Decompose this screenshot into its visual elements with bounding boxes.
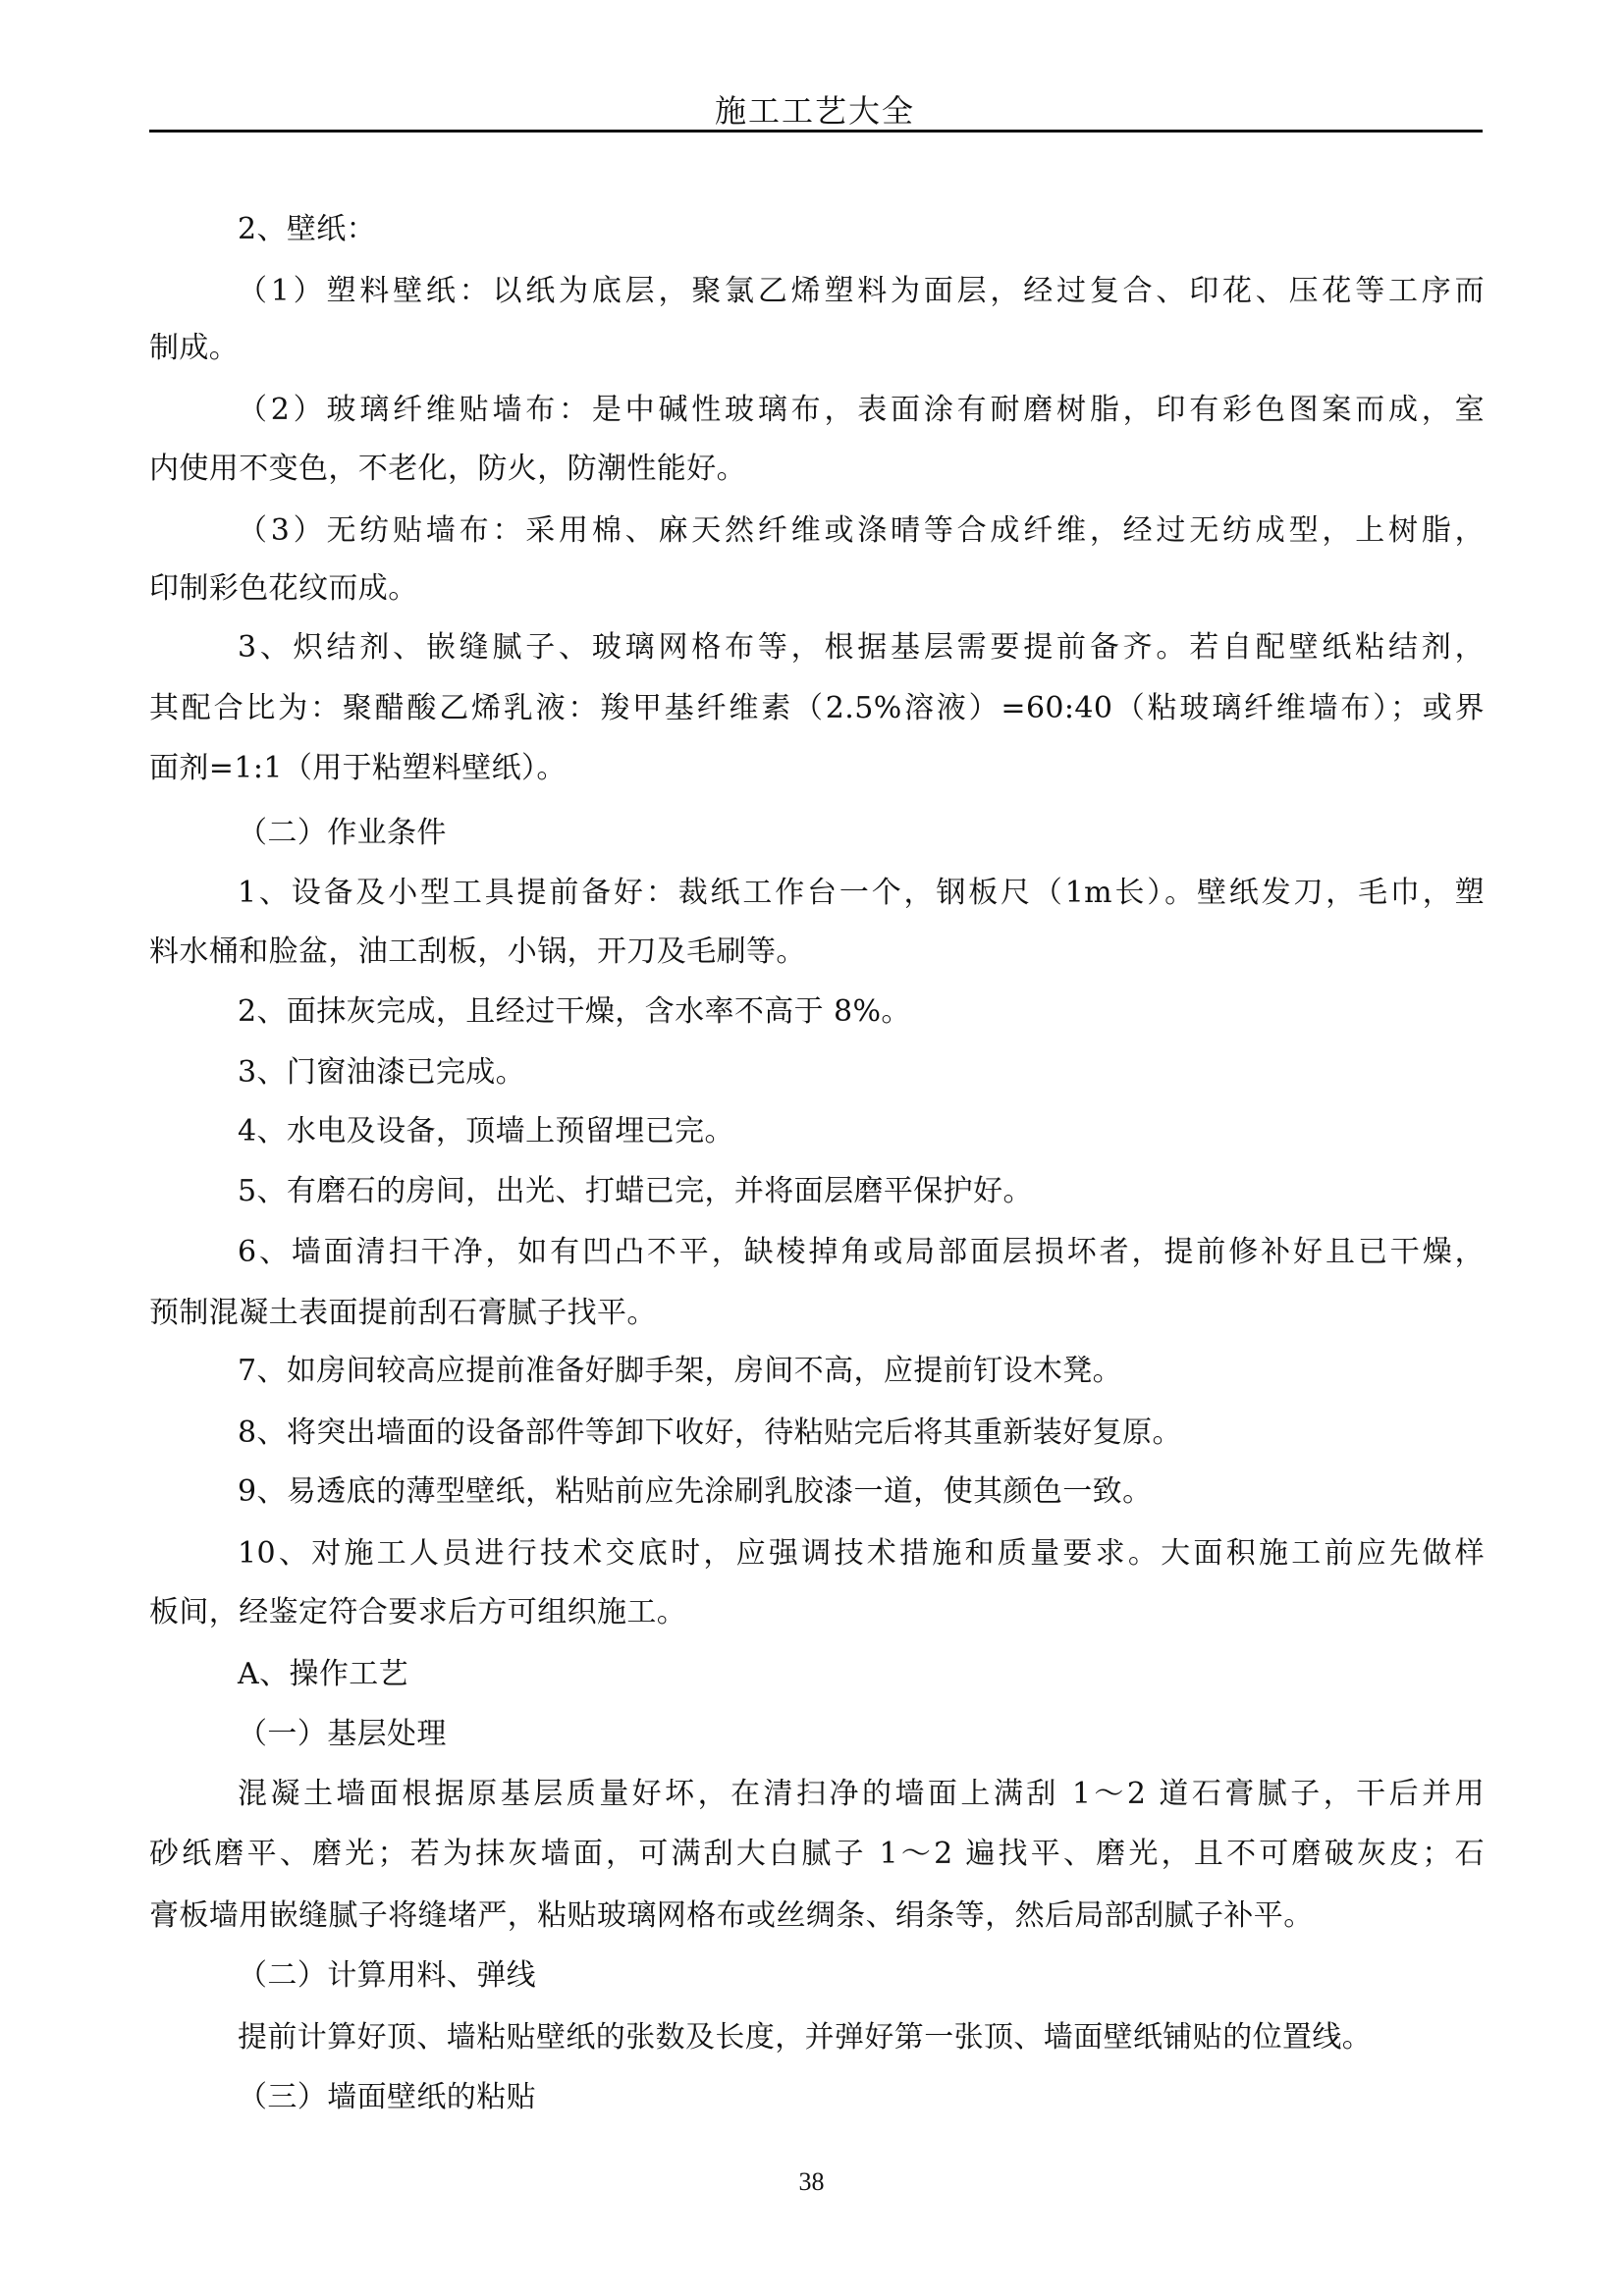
text-line: 8、将突出墙面的设备部件等卸下收好，待粘贴完后将其重新装好复原。	[149, 1414, 1485, 1453]
text-line: （2）玻璃纤维贴墙布：是中碱性玻璃布，表面涂有耐磨树脂，印有彩色图案而成，室	[149, 391, 1485, 430]
text-line: 内使用不变色，不老化，防火，防潮性能好。	[149, 450, 1485, 489]
text-line: 制成。	[149, 329, 1485, 368]
text-line: 其配合比为：聚醋酸乙烯乳液：羧甲基纤维素（2.5%溶液）=60:40（粘玻璃纤维…	[149, 689, 1485, 728]
text-line: （二）作业条件	[149, 814, 1485, 853]
text-line: 面剂=1:1（用于粘塑料壁纸）。	[149, 749, 1485, 788]
text-line: A、操作工艺	[149, 1655, 1485, 1694]
text-line: 10、对施工人员进行技术交底时，应强调技术措施和质量要求。大面积施工前应先做样	[149, 1534, 1485, 1574]
text-line: 1、设备及小型工具提前备好：裁纸工作台一个，钢板尺（1m长）。壁纸发刀，毛巾，塑	[149, 874, 1485, 913]
text-line: 7、如房间较高应提前准备好脚手架，房间不高，应提前钉设木凳。	[149, 1352, 1485, 1391]
text-line: （1）塑料壁纸：以纸为底层，聚氯乙烯塑料为面层，经过复合、印花、压花等工序而	[149, 272, 1485, 311]
text-line: （一）基层处理	[149, 1715, 1485, 1754]
text-line: （三）墙面壁纸的粘贴	[149, 2078, 1485, 2117]
header-divider	[149, 130, 1483, 133]
text-line: 6、墙面清扫干净，如有凹凸不平，缺棱掉角或局部面层损坏者，提前修补好且已干燥，	[149, 1233, 1485, 1272]
text-line: （3）无纺贴墙布：采用棉、麻天然纤维或涤晴等合成纤维，经过无纺成型，上树脂，	[149, 511, 1485, 551]
text-line: 板间，经鉴定符合要求后方可组织施工。	[149, 1593, 1485, 1632]
text-line: 混凝土墙面根据原基层质量好坏，在清扫净的墙面上满刮 1～2 道石膏腻子，干后并用	[149, 1775, 1485, 1814]
text-line: 2、面抹灰完成，且经过干燥，含水率不高于 8%。	[149, 992, 1485, 1032]
page-header-title: 施工工艺大全	[147, 86, 1483, 135]
text-line: 2、壁纸：	[149, 210, 1485, 249]
text-line: 3、炽结剂、嵌缝腻子、玻璃网格布等，根据基层需要提前备齐。若自配壁纸粘结剂，	[149, 628, 1485, 667]
text-line: 印制彩色花纹而成。	[149, 569, 1485, 609]
text-line: 5、有磨石的房间，出光、打蜡已完，并将面层磨平保护好。	[149, 1172, 1485, 1211]
text-line: 提前计算好顶、墙粘贴壁纸的张数及长度，并弹好第一张顶、墙面壁纸铺贴的位置线。	[149, 2018, 1485, 2057]
text-line: 4、水电及设备，顶墙上预留埋已完。	[149, 1112, 1485, 1151]
page-number: 38	[0, 2165, 1623, 2199]
text-line: 膏板墙用嵌缝腻子将缝堵严，粘贴玻璃网格布或丝绸条、绢条等，然后局部刮腻子补平。	[149, 1896, 1485, 1936]
text-line: （二）计算用料、弹线	[149, 1956, 1485, 1996]
text-line: 9、易透底的薄型壁纸，粘贴前应先涂刷乳胶漆一道，使其颜色一致。	[149, 1472, 1485, 1512]
text-line: 3、门窗油漆已完成。	[149, 1053, 1485, 1093]
text-line: 预制混凝土表面提前刮石膏腻子找平。	[149, 1294, 1485, 1333]
text-line: 料水桶和脸盆，油工刮板，小锅，开刀及毛刷等。	[149, 933, 1485, 972]
text-line: 砂纸磨平、磨光；若为抹灰墙面，可满刮大白腻子 1～2 遍找平、磨光，且不可磨破灰…	[149, 1835, 1485, 1874]
